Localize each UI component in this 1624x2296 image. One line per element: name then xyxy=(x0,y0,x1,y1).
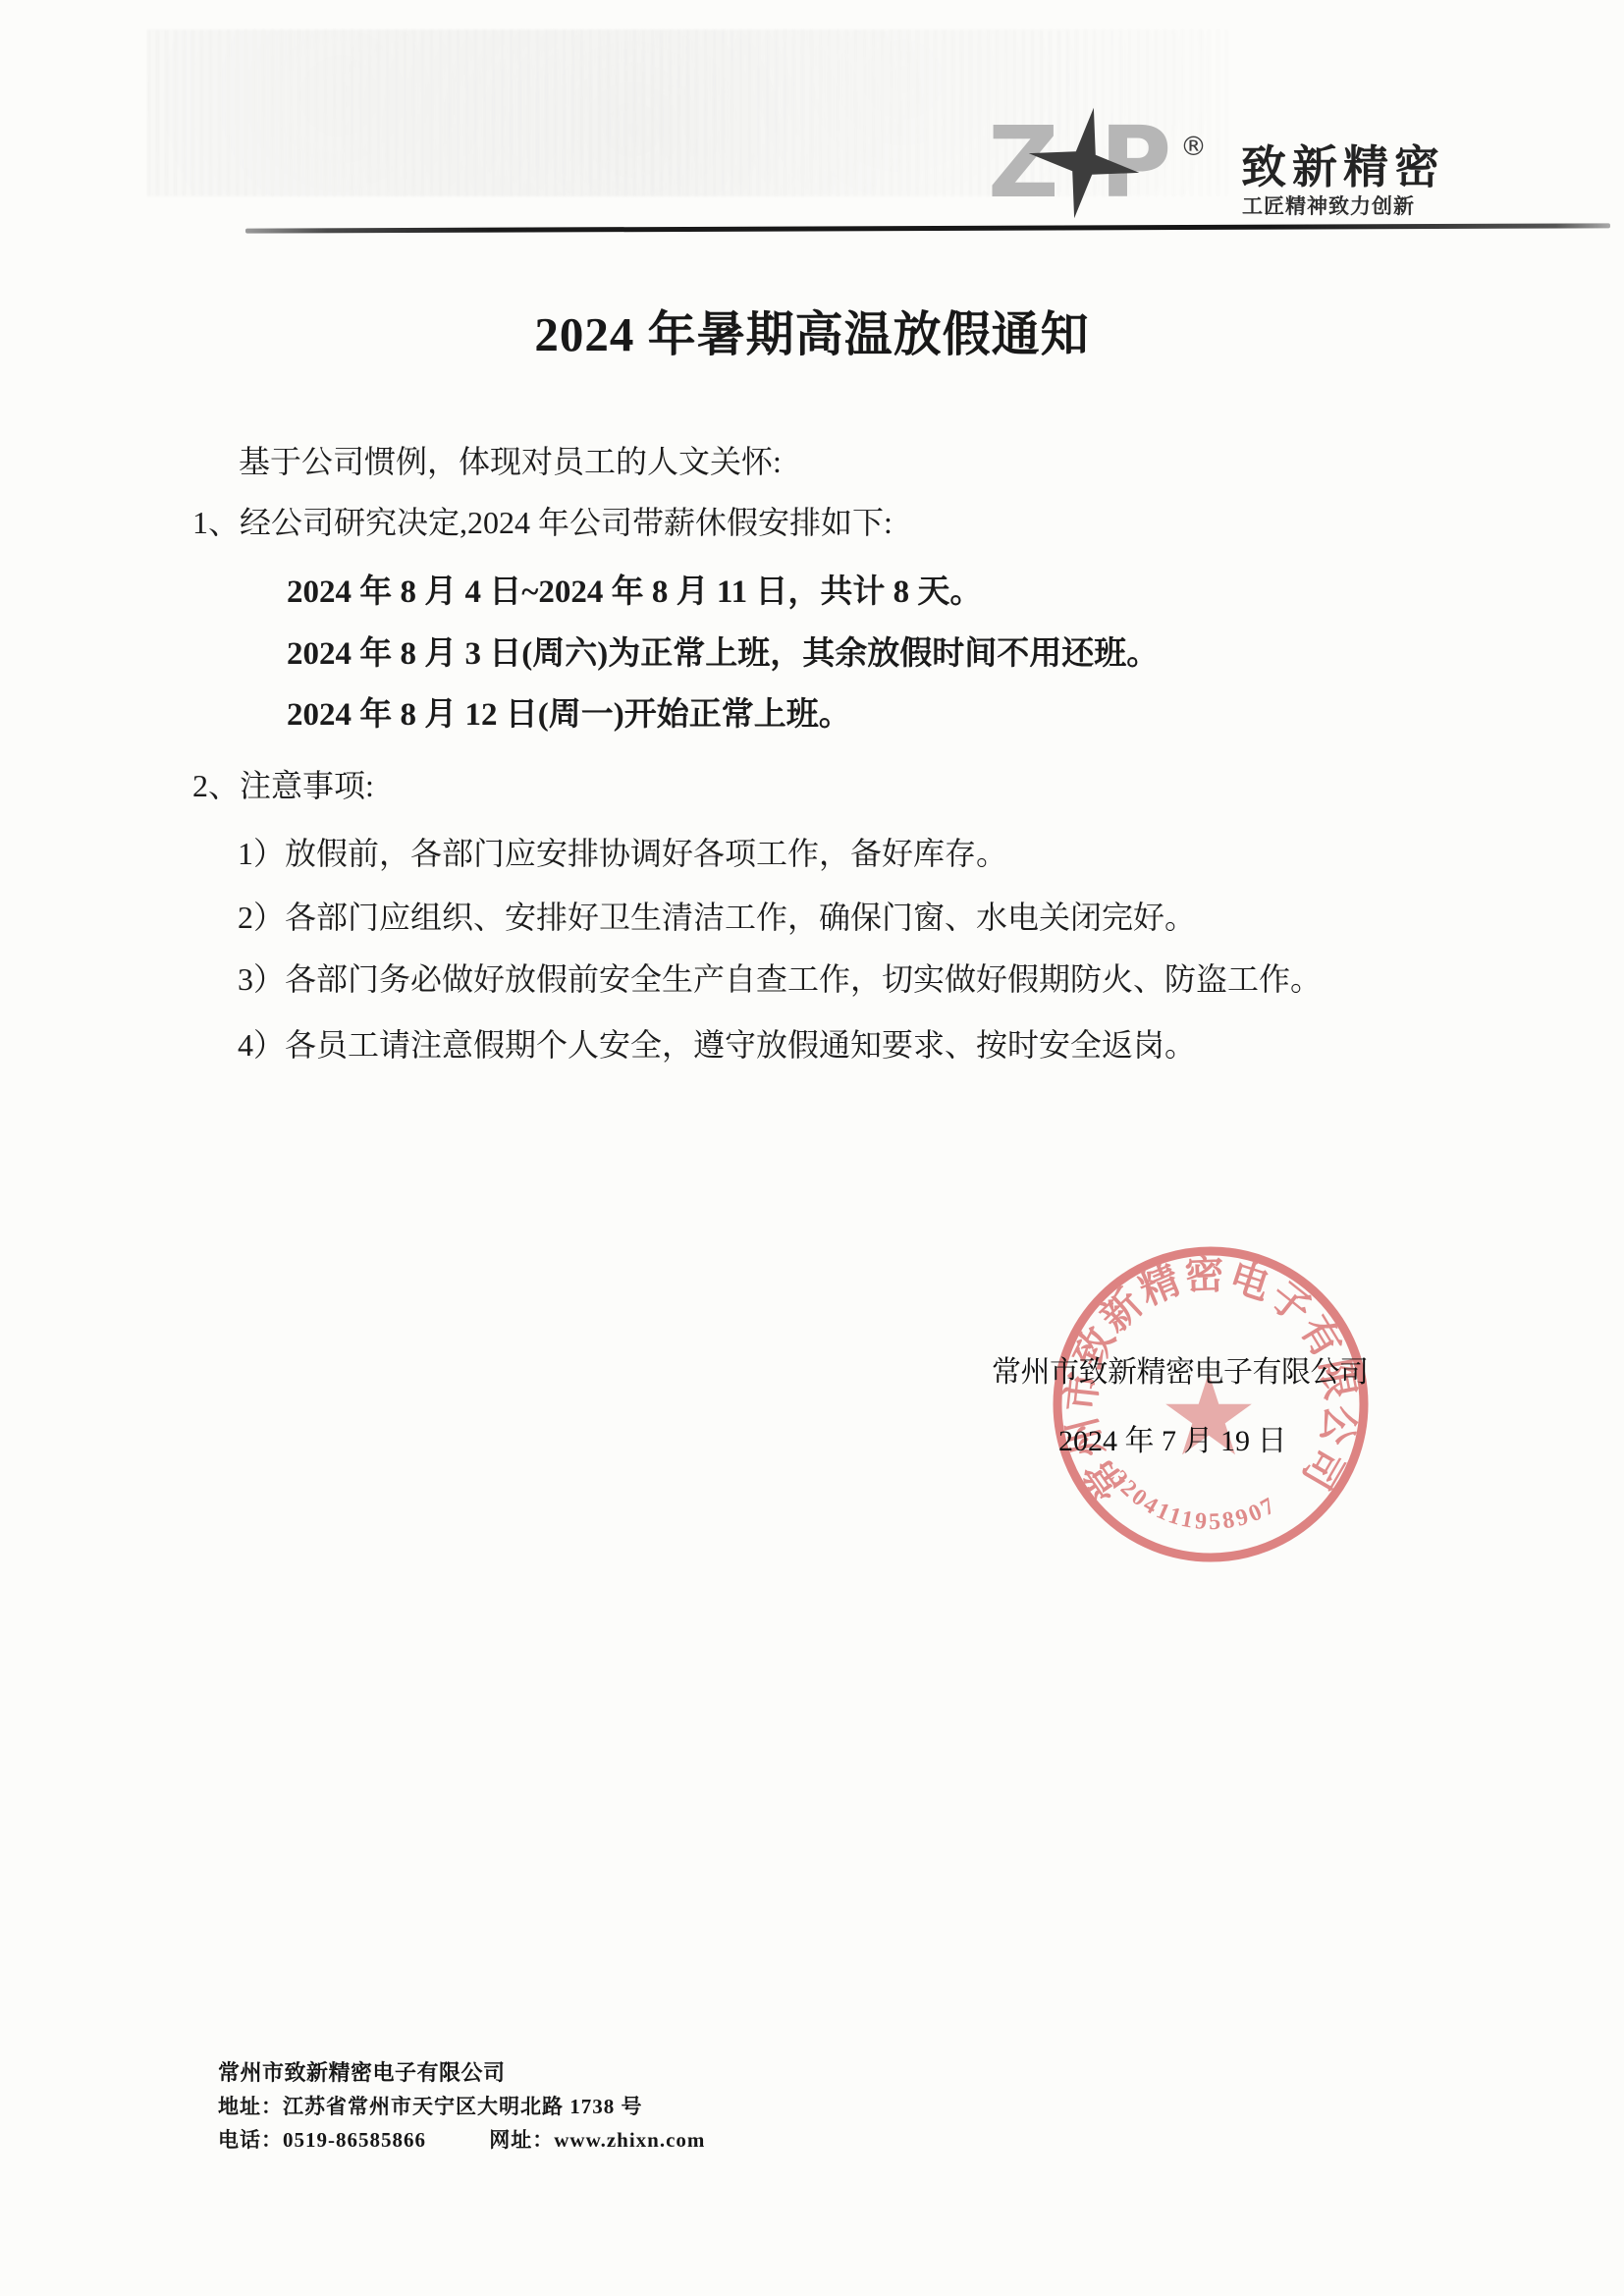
note-item: 2）各部门应组织、安排好卫生清洁工作，确保门窗、水电关闭完好。 xyxy=(238,900,1196,936)
brand-name: 致新精密 xyxy=(1241,132,1445,196)
signature-company: 常州市致新精密电子有限公司 xyxy=(992,1347,1369,1391)
holiday-date-line: 2024 年 8 月 12 日(周一)开始正常上班。 xyxy=(287,697,851,735)
registered-trademark-icon: ® xyxy=(1180,132,1207,162)
footer-company-name: 常州市致新精密电子有限公司 xyxy=(218,2056,506,2087)
seal-code-text: 3204111958907 xyxy=(1106,1466,1282,1536)
holiday-date-line: 2024 年 8 月 3 日(周六)为正常上班，其余放假时间不用还班。 xyxy=(287,636,1159,674)
section-2-line: 2、注意事项: xyxy=(192,768,374,804)
header-divider xyxy=(245,223,1610,233)
holiday-date-line: 2024 年 8 月 4 日~2024 年 8 月 11 日，共计 8 天。 xyxy=(287,574,982,612)
company-seal-stamp: 常州市致新精密电子有限公司 3204111958907 xyxy=(1039,1232,1382,1576)
intro-line: 基于公司惯例，体现对员工的人文关怀: xyxy=(239,444,782,480)
section-1-line: 1、经公司研究决定,2024 年公司带薪休假安排如下: xyxy=(192,505,893,541)
footer-address: 地址：江苏省常州市天宁区大明北路 1738 号 xyxy=(218,2091,643,2120)
note-item: 3）各部门务必做好放假前安全生产自查工作，切实做好假期防火、防盗工作。 xyxy=(238,961,1322,998)
footer-contact-line: 电话：0519-86585866 网址：www.zhixn.com xyxy=(218,2124,705,2154)
note-item: 4）各员工请注意假期个人安全，遵守放假通知要求、按时安全返岗。 xyxy=(238,1027,1196,1064)
four-point-star-icon xyxy=(1025,104,1143,222)
page-title: 2024 年暑期高温放假通知 xyxy=(0,297,1624,365)
brand-slogan: 工匠精神致力创新 xyxy=(1242,191,1415,220)
scanned-notice-page: Z P ® 致新精密 工匠精神致力创新 2024 年暑期高温放假通知 基于公司惯… xyxy=(0,0,1624,2296)
signature-date: 2024 年 7 月 19 日 xyxy=(1058,1416,1287,1459)
company-logo: Z P ® xyxy=(984,110,1229,228)
note-item: 1）放假前，各部门应安排协调好各项工作，备好库存。 xyxy=(238,836,1007,872)
footer-phone: 电话：0519-86585866 xyxy=(218,2128,426,2152)
footer-website: 网址：www.zhixn.com xyxy=(489,2128,705,2152)
